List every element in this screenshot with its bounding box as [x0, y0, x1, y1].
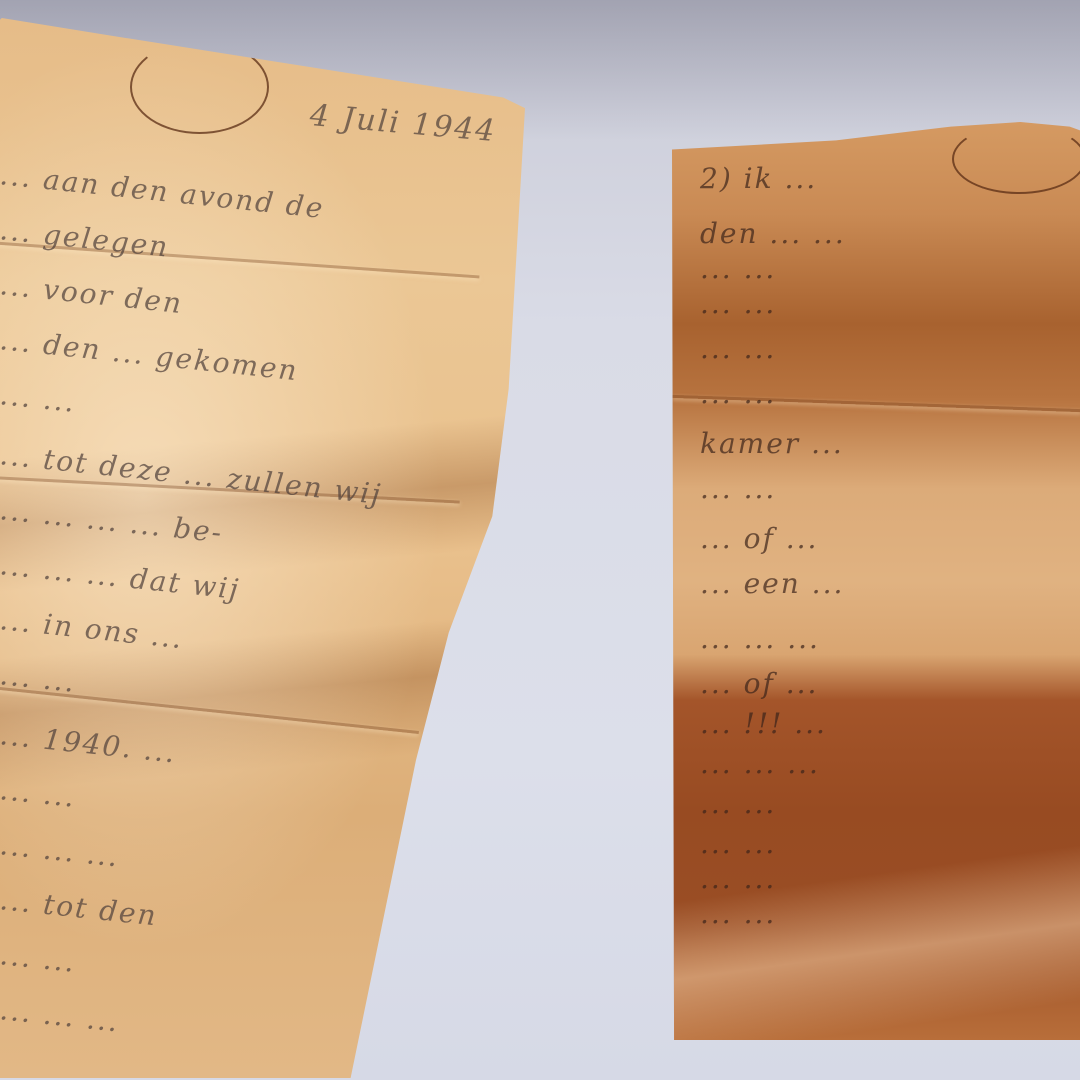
letter-line: ... ...: [700, 862, 776, 895]
letter-line: ... ...: [0, 378, 78, 419]
letter-line: kamer ...: [700, 427, 844, 460]
letter-line: ... !!! ...: [700, 707, 827, 740]
letter-line: ... of ...: [700, 522, 818, 555]
letter-line: ... ... ...: [0, 828, 121, 873]
letter-line: ... ...: [700, 897, 776, 930]
letter-date: 4 Juli 1944: [308, 98, 497, 149]
letter-line: ... in ons ...: [0, 603, 185, 655]
letter-line: ... ... ... dat wij: [0, 548, 242, 606]
letter-line: ... den ... gekomen: [0, 323, 300, 387]
letter-line: ... ...: [700, 787, 776, 820]
letter-line: ... ... ...: [700, 747, 820, 780]
letter-line: ... ... ... ... be-: [0, 493, 225, 549]
letter-line: ... ...: [700, 827, 776, 860]
letter-line: ... 1940. ...: [0, 718, 178, 769]
letter-line: ... een ...: [700, 567, 844, 600]
letter-line: ... aan den avond de: [0, 158, 326, 225]
letter-line: ... ...: [700, 252, 776, 285]
letter-line: den ... ...: [700, 217, 846, 250]
letter-line: ... voor den: [0, 268, 185, 320]
letter-line: 2) ik ...: [700, 162, 817, 195]
letter-line: ... ...: [0, 658, 78, 699]
letter-line: ... ...: [0, 773, 78, 814]
letter-line: ... ... ...: [0, 993, 121, 1038]
letter-line: ... ...: [0, 938, 78, 979]
letter-line: ... tot den: [0, 883, 159, 932]
letter-line: ... ... ...: [700, 622, 820, 655]
letter-line: ... ...: [700, 287, 776, 320]
right-letter: 2) ik ... den ... ... ... ... ... ... ..…: [672, 122, 1080, 1040]
letter-line: ... ...: [700, 332, 776, 365]
coffee-stain-ring: [952, 124, 1080, 194]
letter-line: ... of ...: [700, 667, 818, 700]
left-letter: 4 Juli 1944 ... aan den avond de ... gel…: [0, 18, 525, 1078]
letter-line: ... ...: [700, 377, 776, 410]
letter-line: ... gelegen: [0, 213, 171, 264]
letter-line: ... ...: [700, 472, 776, 505]
